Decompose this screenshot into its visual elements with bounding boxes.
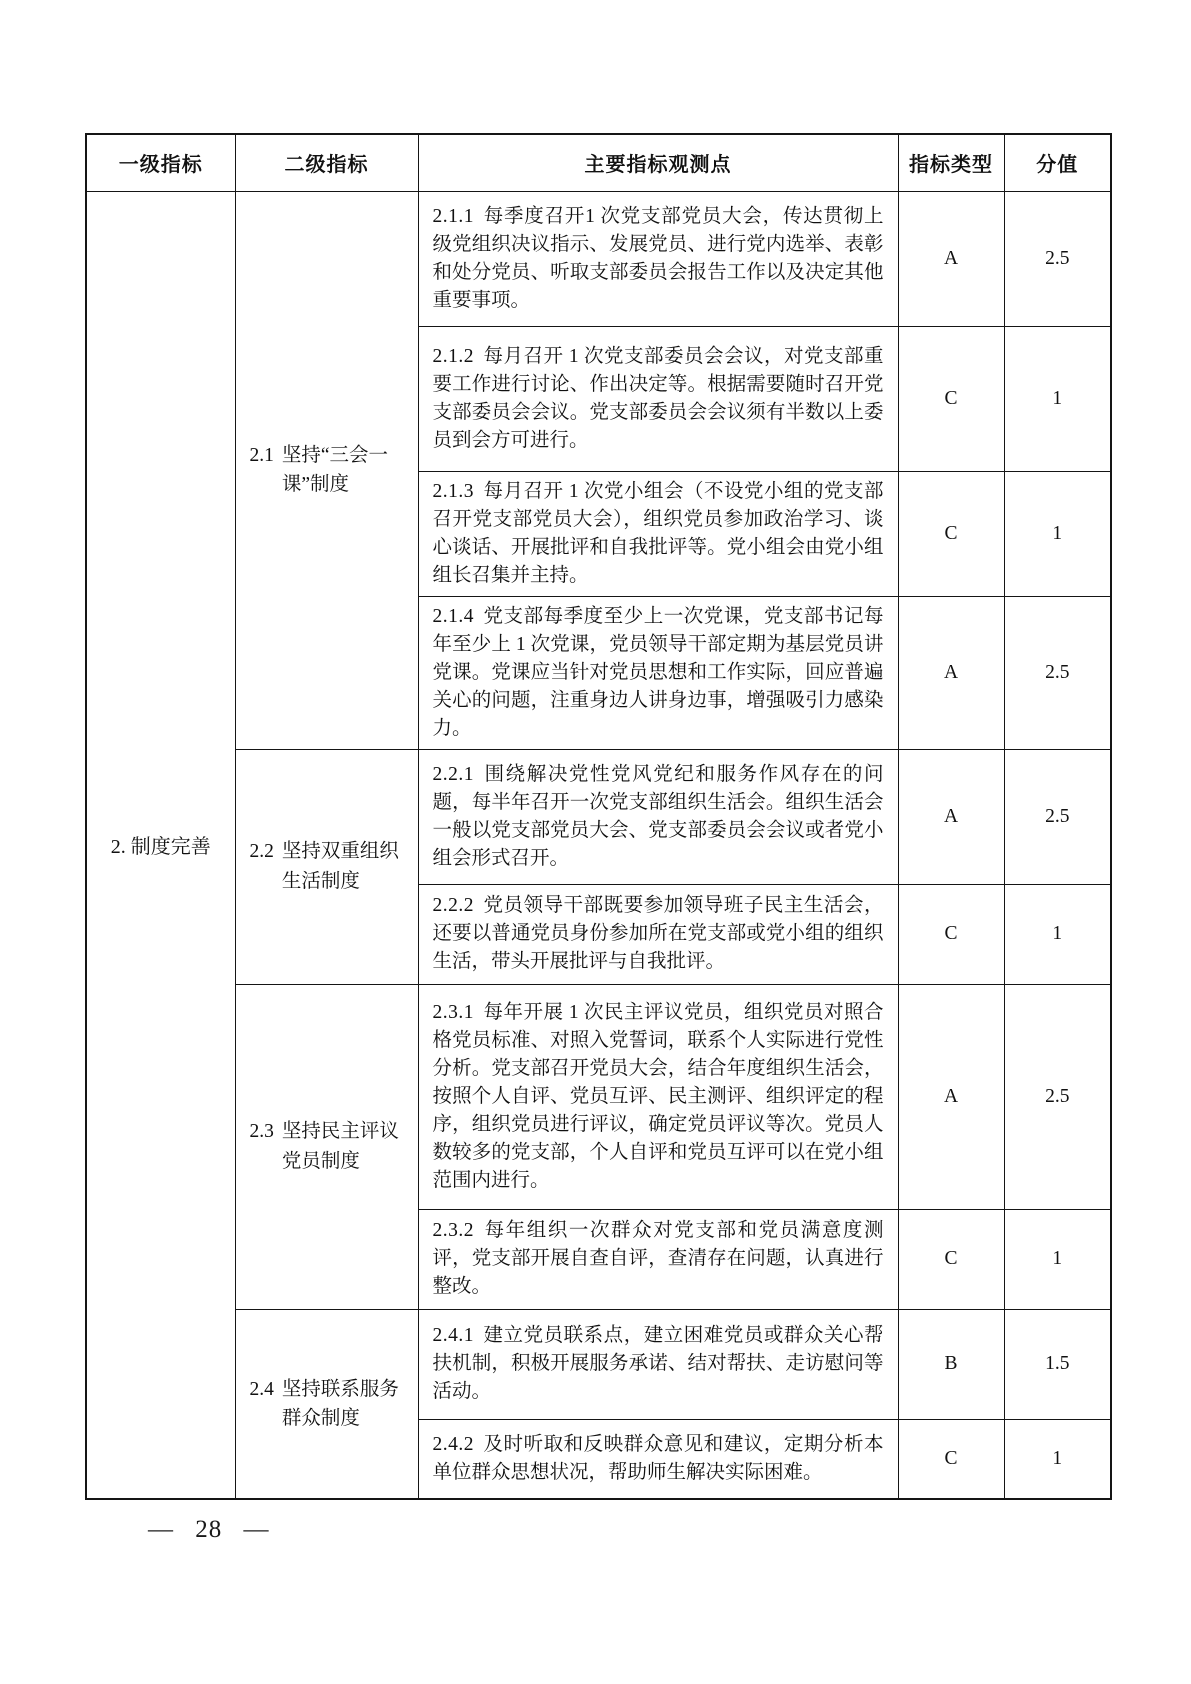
table-row: 2.3 坚持民主评议党员制度 2.3.1每年开展 1 次民主评议党员，组织党员对…: [86, 984, 1111, 1209]
observation-point-number: 2.2.2: [433, 895, 475, 916]
observation-point-text: 每年开展 1 次民主评议党员，组织党员对照合格党员标准、对照入党誓词，联系个人实…: [433, 1002, 884, 1191]
level2-indicator-cell-2-1: 2.1 坚持“三会一课”制度: [235, 191, 418, 749]
observation-point-number: 2.4.1: [433, 1325, 475, 1346]
observation-point-cell: 2.2.1围绕解决党性党风党纪和服务作风存在的问题，每半年召开一次党支部组织生活…: [418, 749, 898, 884]
score-cell: 1: [1004, 471, 1111, 596]
observation-point-text: 每月召开 1 次党支部委员会会议，对党支部重要工作进行讨论、作出决定等。根据需要…: [433, 346, 884, 451]
observation-point-text: 党支部每季度至少上一次党课，党支部书记每年至少上 1 次党课，党员领导干部定期为…: [433, 606, 884, 739]
indicator-type-cell: C: [898, 326, 1004, 471]
level2-label: 坚持双重组织生活制度: [282, 837, 410, 896]
observation-point-number: 2.1.4: [433, 606, 475, 627]
score-cell: 2.5: [1004, 749, 1111, 884]
score-cell: 1: [1004, 1419, 1111, 1499]
indicator-type-cell: C: [898, 1419, 1004, 1499]
observation-point-text: 每月召开 1 次党小组会（不设党小组的党支部召开党支部党员大会），组织党员参加政…: [433, 481, 884, 586]
document-page: 一级指标 二级指标 主要指标观测点 指标类型 分值 2. 制度完善 2.1 坚持…: [0, 0, 1191, 1684]
indicator-type-cell: A: [898, 191, 1004, 326]
level2-number: 2.4: [250, 1375, 274, 1434]
observation-point-cell: 2.3.2每年组织一次群众对党支部和党员满意度测评，党支部开展自查自评，查清存在…: [418, 1209, 898, 1309]
observation-point-cell: 2.1.3每月召开 1 次党小组会（不设党小组的党支部召开党支部党员大会），组织…: [418, 471, 898, 596]
level2-label: 坚持联系服务群众制度: [282, 1375, 410, 1434]
observation-point-number: 2.3.2: [433, 1220, 475, 1241]
table-row: 2.2 坚持双重组织生活制度 2.2.1围绕解决党性党风党纪和服务作风存在的问题…: [86, 749, 1111, 884]
observation-point-number: 2.2.1: [433, 764, 475, 785]
indicator-type-cell: A: [898, 984, 1004, 1209]
level2-number: 2.1: [250, 441, 274, 500]
score-cell: 2.5: [1004, 191, 1111, 326]
header-level2-indicator: 二级指标: [235, 134, 418, 191]
score-cell: 1.5: [1004, 1309, 1111, 1419]
indicator-type-cell: B: [898, 1309, 1004, 1419]
indicator-type-cell: C: [898, 1209, 1004, 1309]
observation-point-number: 2.3.1: [433, 1002, 475, 1023]
score-cell: 1: [1004, 1209, 1111, 1309]
level2-number: 2.2: [250, 837, 274, 896]
table-header-row: 一级指标 二级指标 主要指标观测点 指标类型 分值: [86, 134, 1111, 191]
indicator-table: 一级指标 二级指标 主要指标观测点 指标类型 分值 2. 制度完善 2.1 坚持…: [85, 133, 1112, 1500]
table-row: 2. 制度完善 2.1 坚持“三会一课”制度 2.1.1每季度召开1 次党支部党…: [86, 191, 1111, 326]
score-cell: 2.5: [1004, 984, 1111, 1209]
score-cell: 2.5: [1004, 596, 1111, 749]
indicator-type-cell: C: [898, 884, 1004, 984]
observation-point-cell: 2.4.1建立党员联系点，建立困难党员或群众关心帮扶机制，积极开展服务承诺、结对…: [418, 1309, 898, 1419]
level2-indicator-cell-2-3: 2.3 坚持民主评议党员制度: [235, 984, 418, 1309]
observation-point-cell: 2.3.1每年开展 1 次民主评议党员，组织党员对照合格党员标准、对照入党誓词，…: [418, 984, 898, 1209]
indicator-type-cell: A: [898, 596, 1004, 749]
score-cell: 1: [1004, 326, 1111, 471]
observation-point-number: 2.1.2: [433, 346, 475, 367]
observation-point-text: 每季度召开1 次党支部党员大会，传达贯彻上级党组织决议指示、发展党员、进行党内选…: [433, 206, 884, 311]
level2-indicator-cell-2-4: 2.4 坚持联系服务群众制度: [235, 1309, 418, 1499]
observation-point-number: 2.1.3: [433, 481, 475, 502]
header-indicator-type: 指标类型: [898, 134, 1004, 191]
observation-point-text: 每年组织一次群众对党支部和党员满意度测评，党支部开展自查自评，查清存在问题，认真…: [433, 1220, 884, 1297]
table-row: 2.4 坚持联系服务群众制度 2.4.1建立党员联系点，建立困难党员或群众关心帮…: [86, 1309, 1111, 1419]
level2-label: 坚持“三会一课”制度: [282, 441, 410, 500]
page-number: — 28 —: [148, 1516, 270, 1544]
observation-point-text: 党员领导干部既要参加领导班子民主生活会，还要以普通党员身份参加所在党支部或党小组…: [433, 895, 884, 972]
indicator-type-cell: A: [898, 749, 1004, 884]
header-observation-points: 主要指标观测点: [418, 134, 898, 191]
observation-point-cell: 2.1.2每月召开 1 次党支部委员会会议，对党支部重要工作进行讨论、作出决定等…: [418, 326, 898, 471]
observation-point-text: 建立党员联系点，建立困难党员或群众关心帮扶机制，积极开展服务承诺、结对帮扶、走访…: [433, 1325, 884, 1402]
level1-indicator-cell: 2. 制度完善: [86, 191, 235, 1499]
score-cell: 1: [1004, 884, 1111, 984]
observation-point-text: 及时听取和反映群众意见和建议，定期分析本单位群众思想状况，帮助师生解决实际困难。: [433, 1434, 884, 1483]
observation-point-cell: 2.4.2及时听取和反映群众意见和建议，定期分析本单位群众思想状况，帮助师生解决…: [418, 1419, 898, 1499]
observation-point-number: 2.1.1: [433, 206, 475, 227]
level2-label: 坚持民主评议党员制度: [282, 1117, 410, 1176]
level2-indicator-cell-2-2: 2.2 坚持双重组织生活制度: [235, 749, 418, 984]
indicator-type-cell: C: [898, 471, 1004, 596]
level1-indicator-label: 2. 制度完善: [111, 836, 211, 858]
header-score: 分值: [1004, 134, 1111, 191]
observation-point-text: 围绕解决党性党风党纪和服务作风存在的问题，每半年召开一次党支部组织生活会。组织生…: [433, 764, 884, 869]
observation-point-cell: 2.1.4党支部每季度至少上一次党课，党支部书记每年至少上 1 次党课，党员领导…: [418, 596, 898, 749]
observation-point-cell: 2.1.1每季度召开1 次党支部党员大会，传达贯彻上级党组织决议指示、发展党员、…: [418, 191, 898, 326]
observation-point-number: 2.4.2: [433, 1434, 475, 1455]
observation-point-cell: 2.2.2党员领导干部既要参加领导班子民主生活会，还要以普通党员身份参加所在党支…: [418, 884, 898, 984]
header-level1-indicator: 一级指标: [86, 134, 235, 191]
level2-number: 2.3: [250, 1117, 274, 1176]
